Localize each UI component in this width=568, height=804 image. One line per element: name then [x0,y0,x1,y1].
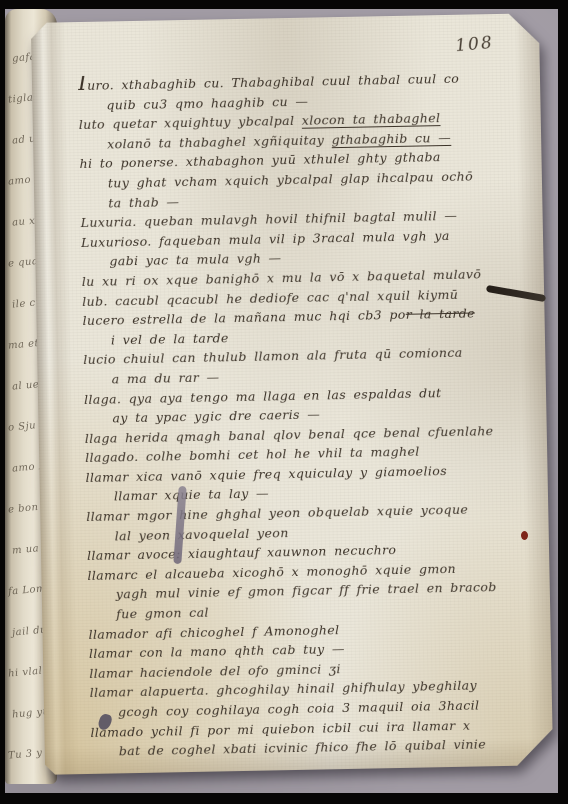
manuscript-text: Iuro. xthabaghib cu. Thabaghibal cuul th… [78,67,539,761]
red-speck-stain [521,531,528,540]
manuscript-page: 108 Iuro. xthabaghib cu. Thabaghibal cuu… [31,13,553,775]
page-wrapper: 108 Iuro. xthabaghib cu. Thabaghibal cuu… [31,13,553,775]
folio-number: 108 [454,33,494,56]
manuscript-scan: gafap etiglata yad ul laamo 3au xon le q… [0,0,568,804]
